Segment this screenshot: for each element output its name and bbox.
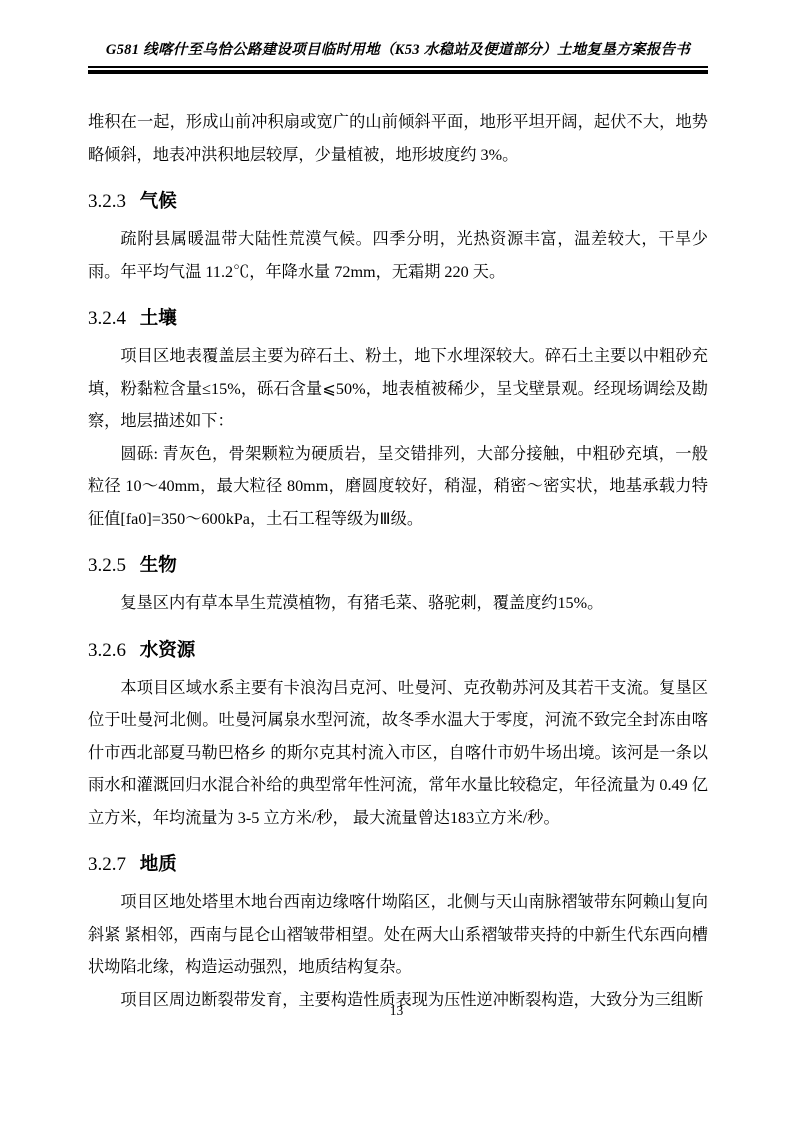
section-number: 3.2.3 <box>88 191 126 212</box>
section-number: 3.2.5 <box>88 555 126 576</box>
geology-paragraph-1: 项目区地处塔里木地台西南边缘喀什坳陷区，北侧与天山南脉褶皱带东阿赖山复向斜紧 紧… <box>88 886 708 984</box>
header-title: G581 线喀什至乌恰公路建设项目临时用地（K53 水稳站及便道部分）土地复垦方… <box>88 40 708 60</box>
intro-paragraph: 堆积在一起，形成山前冲积扇或宽广的山前倾斜平面，地形平坦开阔，起伏不大，地势略倾… <box>88 106 708 171</box>
biology-paragraph: 复垦区内有草本旱生荒漠植物，有猪毛菜、骆驼刺，覆盖度约15%。 <box>88 587 708 620</box>
section-heading-biology: 3.2.5 生物 <box>88 551 708 579</box>
section-heading-climate: 3.2.3 气候 <box>88 187 708 215</box>
header-rule <box>88 66 708 74</box>
soil-paragraph-2: 圆砾: 青灰色，骨架颗粒为硬质岩，呈交错排列，大部分接触，中粗砂充填，一般粒径 … <box>88 438 708 536</box>
document-body: 堆积在一起，形成山前冲积扇或宽广的山前倾斜平面，地形平坦开阔，起伏不大，地势略倾… <box>88 106 708 1016</box>
section-title: 地质 <box>140 853 177 874</box>
section-number: 3.2.7 <box>88 854 126 875</box>
section-heading-geology: 3.2.7 地质 <box>88 850 708 878</box>
section-title: 水资源 <box>140 639 196 660</box>
section-title: 生物 <box>140 554 177 575</box>
section-heading-water-resources: 3.2.6 水资源 <box>88 636 708 664</box>
water-resources-paragraph: 本项目区域水系主要有卡浪沟吕克河、吐曼河、克孜勒苏河及其若干支流。复垦区位于吐曼… <box>88 672 708 835</box>
section-title: 土壤 <box>140 307 177 328</box>
section-number: 3.2.6 <box>88 640 126 661</box>
page-header: G581 线喀什至乌恰公路建设项目临时用地（K53 水稳站及便道部分）土地复垦方… <box>88 40 708 74</box>
climate-paragraph: 疏附县属暖温带大陆性荒漠气候。四季分明，光热资源丰富，温差较大，干旱少雨。年平均… <box>88 223 708 288</box>
section-number: 3.2.4 <box>88 308 126 329</box>
page-number: 13 <box>0 1002 793 1020</box>
section-heading-soil: 3.2.4 土壤 <box>88 304 708 332</box>
section-title: 气候 <box>140 190 177 211</box>
document-page: G581 线喀什至乌恰公路建设项目临时用地（K53 水稳站及便道部分）土地复垦方… <box>0 0 793 1122</box>
soil-paragraph-1: 项目区地表覆盖层主要为碎石土、粉土，地下水埋深较大。碎石土主要以中粗砂充填，粉黏… <box>88 340 708 438</box>
